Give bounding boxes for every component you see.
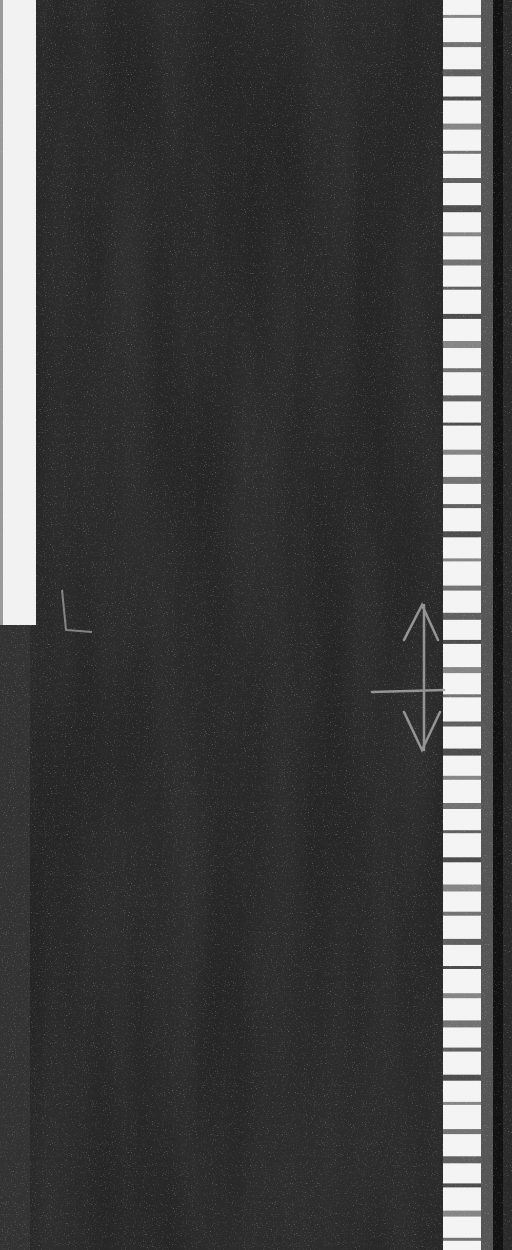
film-strip-scan (0, 0, 512, 1250)
film-strip-image (0, 0, 512, 1250)
